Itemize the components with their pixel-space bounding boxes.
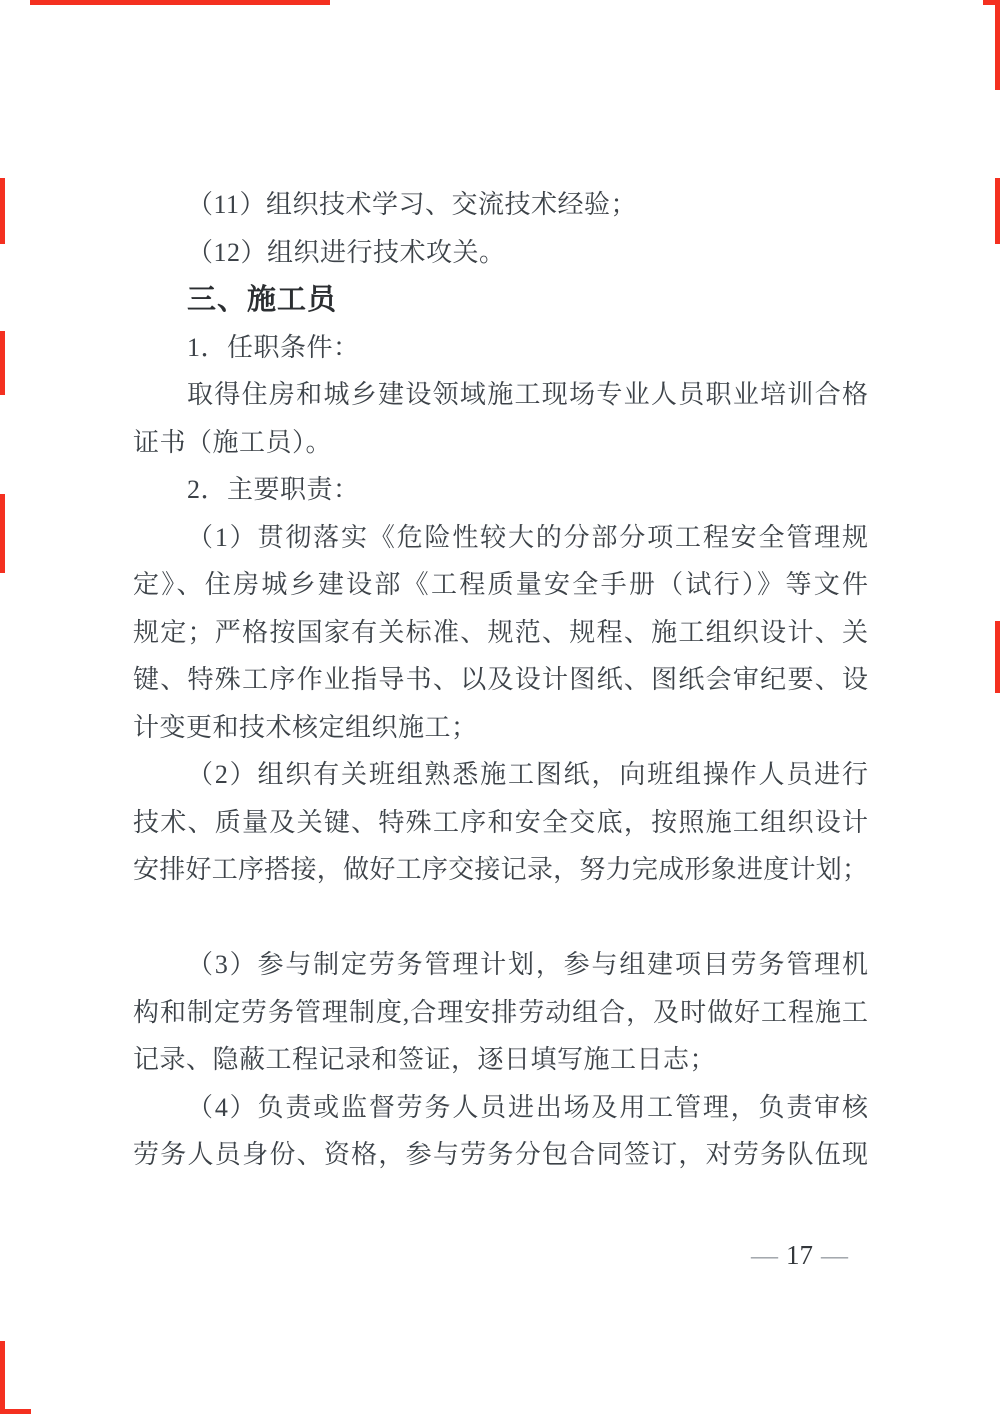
- text-line: 定》、住房城乡建设部《工程质量安全手册（试行）》等文件: [133, 561, 868, 609]
- text-line: 键、特殊工序作业指导书、以及设计图纸、图纸会审纪要、设: [133, 656, 868, 704]
- red-edge-mark: [0, 178, 5, 244]
- text-line: 2．主要职责：: [133, 466, 868, 514]
- text-line: 取得住房和城乡建设领域施工现场专业人员职业培训合格: [133, 371, 868, 419]
- page-number: —17—: [743, 1240, 856, 1271]
- text-line: 规定；严格按国家有关标准、规范、规程、施工组织设计、关: [133, 609, 868, 657]
- text-line: 劳务人员身份、资格，参与劳务分包合同签订，对劳务队伍现: [133, 1131, 868, 1179]
- text-line: （1）贯彻落实《危险性较大的分部分项工程安全管理规: [133, 514, 868, 562]
- page-number-right-dash: —: [813, 1240, 856, 1270]
- text-line: （12）组织进行技术攻关。: [133, 229, 868, 277]
- text-line: 安排好工序搭接，做好工序交接记录，努力完成形象进度计划；: [133, 846, 868, 894]
- text-line: 证书（施工员）。: [133, 419, 868, 467]
- document-body: （11）组织技术学习、交流技术经验；（12）组织进行技术攻关。三、施工员1．任职…: [133, 181, 868, 1179]
- text-line: （2）组织有关班组熟悉施工图纸，向班组操作人员进行: [133, 751, 868, 799]
- red-edge-mark: [0, 1409, 31, 1414]
- text-line: 构和制定劳务管理制度,合理安排劳动组合，及时做好工程施工: [133, 989, 868, 1037]
- page-number-left-dash: —: [743, 1240, 786, 1270]
- text-line: 技术、质量及关键、特殊工序和安全交底，按照施工组织设计: [133, 799, 868, 847]
- page-number-value: 17: [786, 1240, 813, 1270]
- text-line: （4）负责或监督劳务人员进出场及用工管理，负责审核: [133, 1084, 868, 1132]
- text-line: 记录、隐蔽工程记录和签证，逐日填写施工日志；: [133, 1036, 868, 1084]
- section-heading: 三、施工员: [133, 276, 868, 324]
- red-edge-mark: [995, 0, 1000, 90]
- text-line: 1．任职条件：: [133, 324, 868, 372]
- red-edge-mark: [0, 331, 5, 395]
- text-line: （11）组织技术学习、交流技术经验；: [133, 181, 868, 229]
- text-line: [133, 894, 868, 942]
- red-edge-mark: [30, 0, 330, 5]
- text-line: （3）参与制定劳务管理计划，参与组建项目劳务管理机: [133, 941, 868, 989]
- red-edge-mark: [0, 1341, 5, 1414]
- red-edge-mark: [995, 621, 1000, 693]
- red-edge-mark: [995, 178, 1000, 244]
- red-edge-mark: [0, 494, 5, 573]
- text-line: 计变更和技术核定组织施工；: [133, 704, 868, 752]
- document-page: （11）组织技术学习、交流技术经验；（12）组织进行技术攻关。三、施工员1．任职…: [0, 0, 1000, 1414]
